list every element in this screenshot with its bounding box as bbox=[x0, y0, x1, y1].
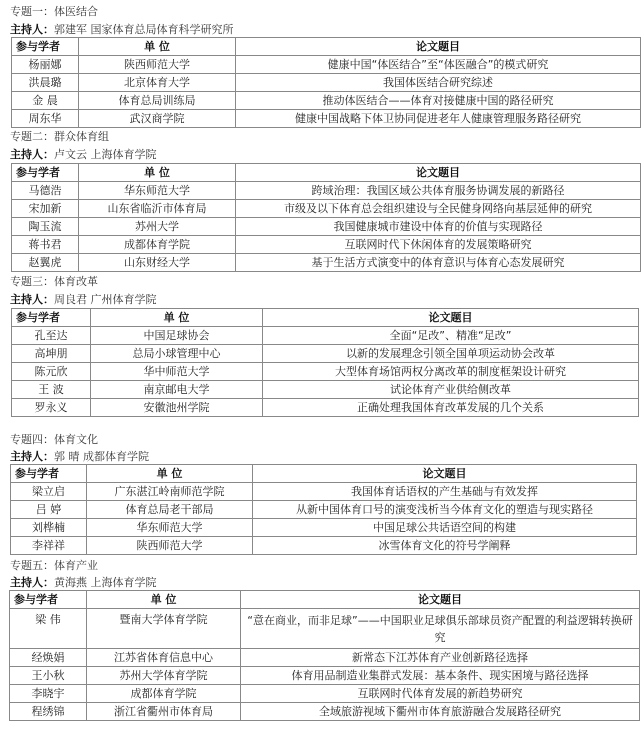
col-header-title: 论文题目 bbox=[236, 164, 641, 182]
scholar-cell: 梁 伟 bbox=[10, 609, 87, 649]
table-row: 宋加新山东省临沂市体育局市级及以下体育总会组织建设与全民健身网络向基层延伸的研究 bbox=[12, 200, 641, 218]
unit-cell: 暨南大学体育学院 bbox=[87, 609, 241, 649]
title-cell: 中国足球公共话语空间的构建 bbox=[253, 519, 637, 537]
table-row: 陈元欣华中师范大学大型体育场馆两权分离改革的制度框架设计研究 bbox=[12, 363, 639, 381]
col-header-unit: 单 位 bbox=[91, 309, 263, 327]
host-name: 郭建军 国家体育总局体育科学研究所 bbox=[54, 23, 234, 36]
unit-cell: 成都体育学院 bbox=[87, 685, 241, 703]
topic-3-host: 主持人：周良君 广州体育学院 bbox=[10, 291, 157, 307]
host-label: 主持人： bbox=[10, 450, 54, 463]
scholar-cell: 李晓宇 bbox=[10, 685, 87, 703]
table-row: 赵翼虎山东财经大学基于生活方式演变中的体育意识与体育心态发展研究 bbox=[12, 254, 641, 272]
title-cell: “意在商业，而非足球”——中国职业足球俱乐部球员资产配置的利益逻辑转换研究 bbox=[241, 609, 640, 649]
col-header-title: 论文题目 bbox=[263, 309, 639, 327]
scholar-cell: 马德浩 bbox=[12, 182, 79, 200]
scholar-cell: 金 晨 bbox=[12, 92, 79, 110]
title-cell: 体育用品制造业集群式发展：基本条件、现实困境与路径选择 bbox=[241, 667, 640, 685]
table-row: 梁 伟 暨南大学体育学院 “意在商业，而非足球”——中国职业足球俱乐部球员资产配… bbox=[10, 609, 640, 649]
host-label: 主持人： bbox=[10, 23, 54, 36]
table-row: 李祥祥陕西师范大学冰雪体育文化的符号学阐释 bbox=[11, 537, 637, 555]
col-header-unit: 单 位 bbox=[87, 591, 241, 609]
col-header-unit: 单 位 bbox=[87, 465, 253, 483]
scholar-cell: 赵翼虎 bbox=[12, 254, 79, 272]
title-cell: 我国体育话语权的产生基础与有效发挥 bbox=[253, 483, 637, 501]
col-header-title: 论文题目 bbox=[241, 591, 640, 609]
title-cell: 新常态下江苏体育产业创新路径选择 bbox=[241, 649, 640, 667]
host-name: 黄海燕 上海体育学院 bbox=[54, 576, 157, 589]
topic-2-host: 主持人：卢文云 上海体育学院 bbox=[10, 146, 157, 162]
topic-3-table: 参与学者 单 位 论文题目 孔至达中国足球协会全面“足改”、精准“足改” 高坤朋… bbox=[11, 308, 639, 417]
title-cell: 全面“足改”、精准“足改” bbox=[263, 327, 639, 345]
topic-5-table: 参与学者 单 位 论文题目 梁 伟 暨南大学体育学院 “意在商业，而非足球”——… bbox=[9, 590, 640, 721]
table-row: 刘桦楠华东师范大学中国足球公共话语空间的构建 bbox=[11, 519, 637, 537]
topic-2-table: 参与学者 单 位 论文题目 马德浩华东师范大学跨域治理：我国区域公共体育服务协调… bbox=[11, 163, 641, 272]
table-row: 程绣锦浙江省衢州市体育局全域旅游视域下衢州市体育旅游融合发展路径研究 bbox=[10, 703, 640, 721]
table-row: 吕 婷体育总局老干部局从新中国体育口号的演变浅析当今体育文化的塑造与现实路径 bbox=[11, 501, 637, 519]
table-row: 马德浩华东师范大学跨域治理：我国区域公共体育服务协调发展的新路径 bbox=[12, 182, 641, 200]
topic-3-title: 专题三：体育改革 bbox=[10, 273, 98, 289]
table-row: 陶玉流苏州大学我国健康城市建设中体育的价值与实现路径 bbox=[12, 218, 641, 236]
unit-cell: 北京体育大学 bbox=[79, 74, 236, 92]
scholar-cell: 梁立启 bbox=[11, 483, 87, 501]
title-cell: 健康中国“体医结合”至“体医融合”的模式研究 bbox=[236, 56, 641, 74]
unit-cell: 体育总局训练局 bbox=[79, 92, 236, 110]
scholar-cell: 吕 婷 bbox=[11, 501, 87, 519]
col-header-scholar: 参与学者 bbox=[12, 309, 91, 327]
title-cell: 互联网时代体育发展的新趋势研究 bbox=[241, 685, 640, 703]
table-row: 罗永义安徽池州学院正确处理我国体育改革发展的几个关系 bbox=[12, 399, 639, 417]
topic-4-table: 参与学者 单 位 论文题目 梁立启广东湛江岭南师范学院我国体育话语权的产生基础与… bbox=[10, 464, 637, 555]
title-cell: 以新的发展理念引领全国单项运动协会改革 bbox=[263, 345, 639, 363]
scholar-cell: 李祥祥 bbox=[11, 537, 87, 555]
col-header-unit: 单 位 bbox=[79, 38, 236, 56]
scholar-cell: 宋加新 bbox=[12, 200, 79, 218]
scholar-cell: 王小秋 bbox=[10, 667, 87, 685]
scholar-cell: 孔至达 bbox=[12, 327, 91, 345]
table-row: 高坤朋总局小球管理中心以新的发展理念引领全国单项运动协会改革 bbox=[12, 345, 639, 363]
scholar-cell: 洪晨璐 bbox=[12, 74, 79, 92]
scholar-cell: 蒋书君 bbox=[12, 236, 79, 254]
unit-cell: 南京邮电大学 bbox=[91, 381, 263, 399]
table-header-row: 参与学者 单 位 论文题目 bbox=[12, 309, 639, 327]
col-header-scholar: 参与学者 bbox=[10, 591, 87, 609]
unit-cell: 山东省临沂市体育局 bbox=[79, 200, 236, 218]
title-cell: 从新中国体育口号的演变浅析当今体育文化的塑造与现实路径 bbox=[253, 501, 637, 519]
topic-4-title: 专题四：体育文化 bbox=[10, 431, 98, 447]
table-row: 王 波南京邮电大学试论体育产业供给侧改革 bbox=[12, 381, 639, 399]
col-header-scholar: 参与学者 bbox=[12, 164, 79, 182]
table-header-row: 参与学者 单 位 论文题目 bbox=[12, 38, 641, 56]
topic-1-title: 专题一：体医结合 bbox=[10, 3, 98, 19]
table-row: 金 晨体育总局训练局推动体医结合——体育对接健康中国的路径研究 bbox=[12, 92, 641, 110]
title-cell: 我国体医结合研究综述 bbox=[236, 74, 641, 92]
title-cell: 基于生活方式演变中的体育意识与体育心态发展研究 bbox=[236, 254, 641, 272]
unit-cell: 江苏省体育信息中心 bbox=[87, 649, 241, 667]
scholar-cell: 高坤朋 bbox=[12, 345, 91, 363]
topic-5-title: 专题五：体育产业 bbox=[10, 557, 98, 573]
table-row: 经焕娟江苏省体育信息中心新常态下江苏体育产业创新路径选择 bbox=[10, 649, 640, 667]
unit-cell: 陕西师范大学 bbox=[87, 537, 253, 555]
scholar-cell: 周东华 bbox=[12, 110, 79, 128]
title-cell: 市级及以下体育总会组织建设与全民健身网络向基层延伸的研究 bbox=[236, 200, 641, 218]
table-header-row: 参与学者 单 位 论文题目 bbox=[10, 591, 640, 609]
topic-5-host: 主持人：黄海燕 上海体育学院 bbox=[10, 574, 157, 590]
scholar-cell: 陈元欣 bbox=[12, 363, 91, 381]
col-header-scholar: 参与学者 bbox=[12, 38, 79, 56]
col-header-title: 论文题目 bbox=[236, 38, 641, 56]
unit-cell: 广东湛江岭南师范学院 bbox=[87, 483, 253, 501]
unit-cell: 华中师范大学 bbox=[91, 363, 263, 381]
topic-4-host: 主持人：郭 晴 成都体育学院 bbox=[10, 448, 149, 464]
scholar-cell: 程绣锦 bbox=[10, 703, 87, 721]
scholar-cell: 经焕娟 bbox=[10, 649, 87, 667]
table-row: 洪晨璐北京体育大学我国体医结合研究综述 bbox=[12, 74, 641, 92]
topic-1-table: 参与学者 单 位 论文题目 杨丽娜陕西师范大学健康中国“体医结合”至“体医融合”… bbox=[11, 37, 641, 128]
scholar-cell: 罗永义 bbox=[12, 399, 91, 417]
host-name: 郭 晴 成都体育学院 bbox=[54, 450, 149, 463]
unit-cell: 安徽池州学院 bbox=[91, 399, 263, 417]
unit-cell: 总局小球管理中心 bbox=[91, 345, 263, 363]
unit-cell: 华东师范大学 bbox=[87, 519, 253, 537]
title-cell: 跨域治理：我国区域公共体育服务协调发展的新路径 bbox=[236, 182, 641, 200]
table-header-row: 参与学者 单 位 论文题目 bbox=[12, 164, 641, 182]
title-cell: 正确处理我国体育改革发展的几个关系 bbox=[263, 399, 639, 417]
scholar-cell: 陶玉流 bbox=[12, 218, 79, 236]
table-row: 周东华武汉商学院健康中国战略下体卫协同促进老年人健康管理服务路径研究 bbox=[12, 110, 641, 128]
unit-cell: 武汉商学院 bbox=[79, 110, 236, 128]
unit-cell: 华东师范大学 bbox=[79, 182, 236, 200]
host-label: 主持人： bbox=[10, 148, 54, 161]
topic-1-host: 主持人：郭建军 国家体育总局体育科学研究所 bbox=[10, 21, 234, 37]
col-header-scholar: 参与学者 bbox=[11, 465, 87, 483]
title-cell: 我国健康城市建设中体育的价值与实现路径 bbox=[236, 218, 641, 236]
host-label: 主持人： bbox=[10, 293, 54, 306]
scholar-cell: 杨丽娜 bbox=[12, 56, 79, 74]
title-cell: 大型体育场馆两权分离改革的制度框架设计研究 bbox=[263, 363, 639, 381]
unit-cell: 苏州大学 bbox=[79, 218, 236, 236]
col-header-title: 论文题目 bbox=[253, 465, 637, 483]
table-header-row: 参与学者 单 位 论文题目 bbox=[11, 465, 637, 483]
title-cell: 试论体育产业供给侧改革 bbox=[263, 381, 639, 399]
scholar-cell: 刘桦楠 bbox=[11, 519, 87, 537]
title-cell: 健康中国战略下体卫协同促进老年人健康管理服务路径研究 bbox=[236, 110, 641, 128]
table-row: 蒋书君成都体育学院互联网时代下休闲体育的发展策略研究 bbox=[12, 236, 641, 254]
table-row: 杨丽娜陕西师范大学健康中国“体医结合”至“体医融合”的模式研究 bbox=[12, 56, 641, 74]
unit-cell: 体育总局老干部局 bbox=[87, 501, 253, 519]
unit-cell: 苏州大学体育学院 bbox=[87, 667, 241, 685]
unit-cell: 成都体育学院 bbox=[79, 236, 236, 254]
title-cell: 推动体医结合——体育对接健康中国的路径研究 bbox=[236, 92, 641, 110]
table-row: 王小秋苏州大学体育学院体育用品制造业集群式发展：基本条件、现实困境与路径选择 bbox=[10, 667, 640, 685]
host-name: 周良君 广州体育学院 bbox=[54, 293, 157, 306]
title-cell: 冰雪体育文化的符号学阐释 bbox=[253, 537, 637, 555]
col-header-unit: 单 位 bbox=[79, 164, 236, 182]
unit-cell: 陕西师范大学 bbox=[79, 56, 236, 74]
host-label: 主持人： bbox=[10, 576, 54, 589]
unit-cell: 山东财经大学 bbox=[79, 254, 236, 272]
title-cell: 全域旅游视域下衢州市体育旅游融合发展路径研究 bbox=[241, 703, 640, 721]
topic-2-title: 专题二：群众体育组 bbox=[10, 128, 109, 144]
host-name: 卢文云 上海体育学院 bbox=[54, 148, 157, 161]
unit-cell: 浙江省衢州市体育局 bbox=[87, 703, 241, 721]
table-row: 梁立启广东湛江岭南师范学院我国体育话语权的产生基础与有效发挥 bbox=[11, 483, 637, 501]
table-row: 李晓宇成都体育学院互联网时代体育发展的新趋势研究 bbox=[10, 685, 640, 703]
unit-cell: 中国足球协会 bbox=[91, 327, 263, 345]
table-row: 孔至达中国足球协会全面“足改”、精准“足改” bbox=[12, 327, 639, 345]
title-cell: 互联网时代下休闲体育的发展策略研究 bbox=[236, 236, 641, 254]
scholar-cell: 王 波 bbox=[12, 381, 91, 399]
